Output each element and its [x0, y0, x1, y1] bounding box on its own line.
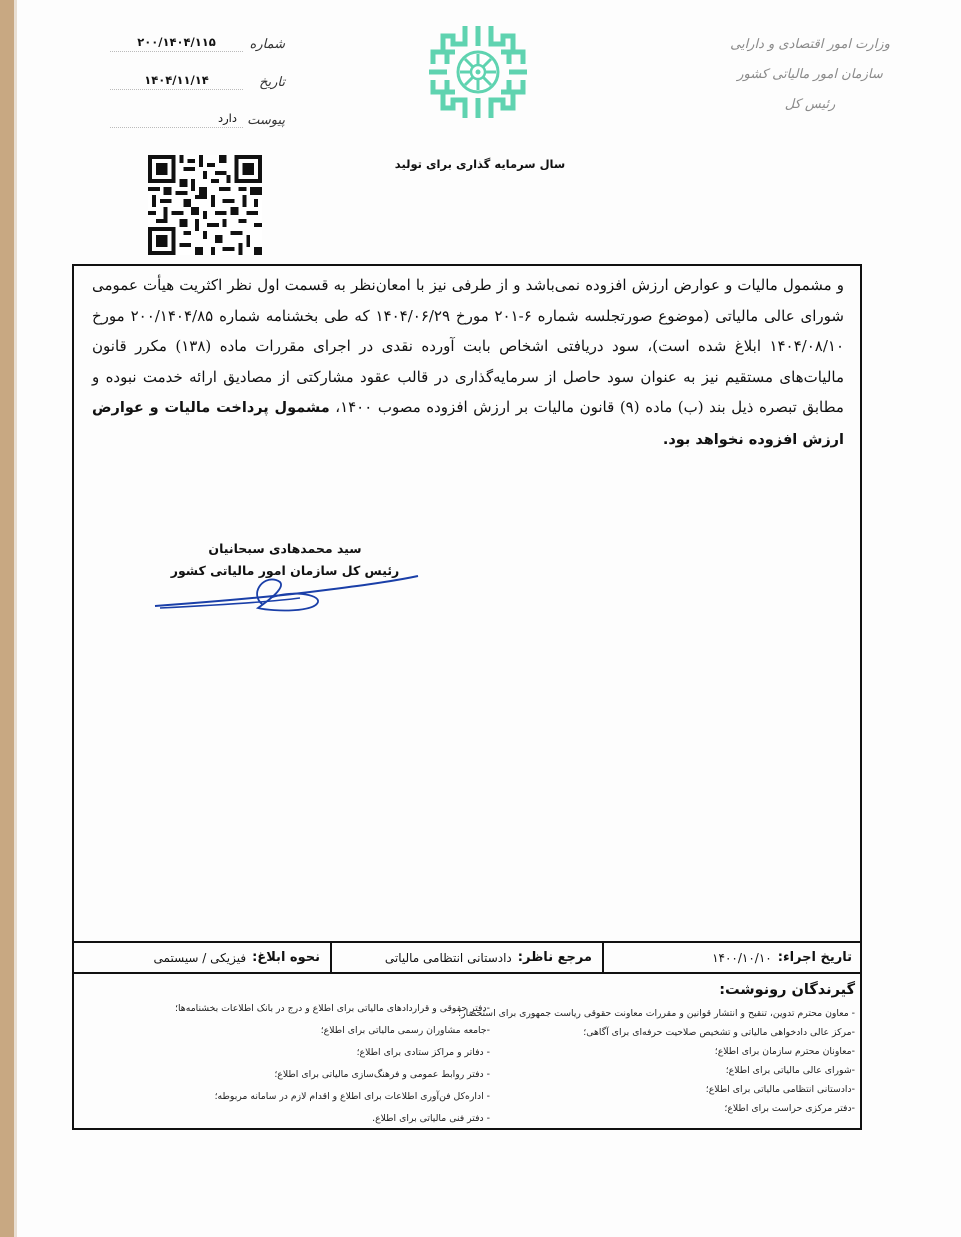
page-edge-shadow: [0, 0, 17, 1237]
year-slogan: سال سرمایه گذاری برای تولید: [390, 157, 570, 171]
letter-date-row: تاریخ ۱۴۰۴/۱۱/۱۴: [110, 66, 285, 90]
supervisor-value: دادستانی انتظامی مالیاتی: [385, 951, 512, 965]
signatory-name: سید محمدهادی سبحانیان: [150, 538, 420, 560]
execution-date-label: تاریخ اجراء:: [778, 950, 852, 965]
copy-recipient: - دفاتر و مراکز ستادی برای اطلاع؛: [130, 1042, 490, 1064]
letter-number-row: شماره ۲۰۰/۱۴۰۴/۱۱۵: [110, 28, 285, 52]
letter-meta: شماره ۲۰۰/۱۴۰۴/۱۱۵ تاریخ ۱۴۰۴/۱۱/۱۴ پیوس…: [110, 28, 285, 142]
supervisor-label: مرجع ناظر:: [518, 950, 592, 965]
execution-date-cell: تاریخ اجراء: ۱۴۰۰/۱۰/۱۰: [604, 943, 862, 972]
copy-recipient: - دفتر روابط عمومی و فرهنگ‌سازی مالیاتی …: [130, 1064, 490, 1086]
circular-info-row: تاریخ اجراء: ۱۴۰۰/۱۰/۱۰ مرجع ناظر: دادست…: [72, 941, 862, 974]
letter-date-label: تاریخ: [247, 75, 285, 90]
letter-attachment-label: پیوست: [247, 113, 285, 128]
copy-recipients-title: گیرندگان رونوشت:: [600, 982, 855, 998]
copy-recipients-left: -دفتر حقوقی و قراردادهای مالیاتی برای اط…: [130, 998, 490, 1130]
execution-date-value: ۱۴۰۰/۱۰/۱۰: [712, 951, 772, 965]
copy-recipient: - اداره‌کل فن‌آوری اطلاعات برای اطلاع و …: [130, 1086, 490, 1108]
copy-recipient: -مرکز عالی دادخواهی مالیاتی و تشخیص صلاح…: [480, 1023, 855, 1042]
copy-recipient: - معاون محترم تدوین، تنقیح و انتشار قوان…: [480, 1004, 855, 1023]
notification-method-label: نحوه ابلاغ:: [252, 950, 320, 965]
tax-organization-logo-icon: [425, 22, 531, 122]
body-paragraph: و مشمول مالیات و عوارض ارزش افزوده نمی‌ب…: [92, 276, 844, 416]
ministry-line-1: وزارت امور اقتصادی و دارایی: [715, 30, 905, 60]
notification-method-value: فیزیکی / سیستمی: [154, 951, 247, 965]
copy-recipient: -شورای عالی مالیاتی برای اطلاع؛: [480, 1061, 855, 1080]
handwritten-signature-icon: [150, 568, 425, 616]
letter-number-label: شماره: [247, 37, 285, 52]
copy-recipient: - دفتر فنی مالیاتی برای اطلاع.: [130, 1108, 490, 1130]
letter-attachment-value: دارد: [110, 111, 243, 128]
qr-code-icon: [148, 155, 262, 255]
copy-recipient: -دادستانی انتظامی مالیاتی برای اطلاع؛: [480, 1080, 855, 1099]
letter-date-value: ۱۴۰۴/۱۱/۱۴: [110, 73, 243, 90]
ministry-line-3: رئیس کل: [715, 90, 905, 120]
ministry-line-2: سازمان امور مالیاتی کشور: [715, 60, 905, 90]
copy-recipient: -دفتر مرکزی حراست برای اطلاع؛: [480, 1099, 855, 1118]
ministry-heading: وزارت امور اقتصادی و دارایی سازمان امور …: [715, 30, 905, 120]
letter-body: و مشمول مالیات و عوارض ارزش افزوده نمی‌ب…: [92, 270, 844, 455]
letter-attachment-row: پیوست دارد: [110, 104, 285, 128]
copy-recipients-right: - معاون محترم تدوین، تنقیح و انتشار قوان…: [480, 1004, 855, 1118]
copy-recipient: -معاونان محترم سازمان برای اطلاع؛: [480, 1042, 855, 1061]
copy-recipient: -جامعه مشاوران رسمی مالیاتی برای اطلاع؛: [130, 1020, 490, 1042]
copy-recipient: -دفتر حقوقی و قراردادهای مالیاتی برای اط…: [130, 998, 490, 1020]
letter-number-value: ۲۰۰/۱۴۰۴/۱۱۵: [110, 35, 243, 52]
supervisor-cell: مرجع ناظر: دادستانی انتظامی مالیاتی: [330, 943, 604, 972]
notification-method-cell: نحوه ابلاغ: فیزیکی / سیستمی: [72, 943, 330, 972]
